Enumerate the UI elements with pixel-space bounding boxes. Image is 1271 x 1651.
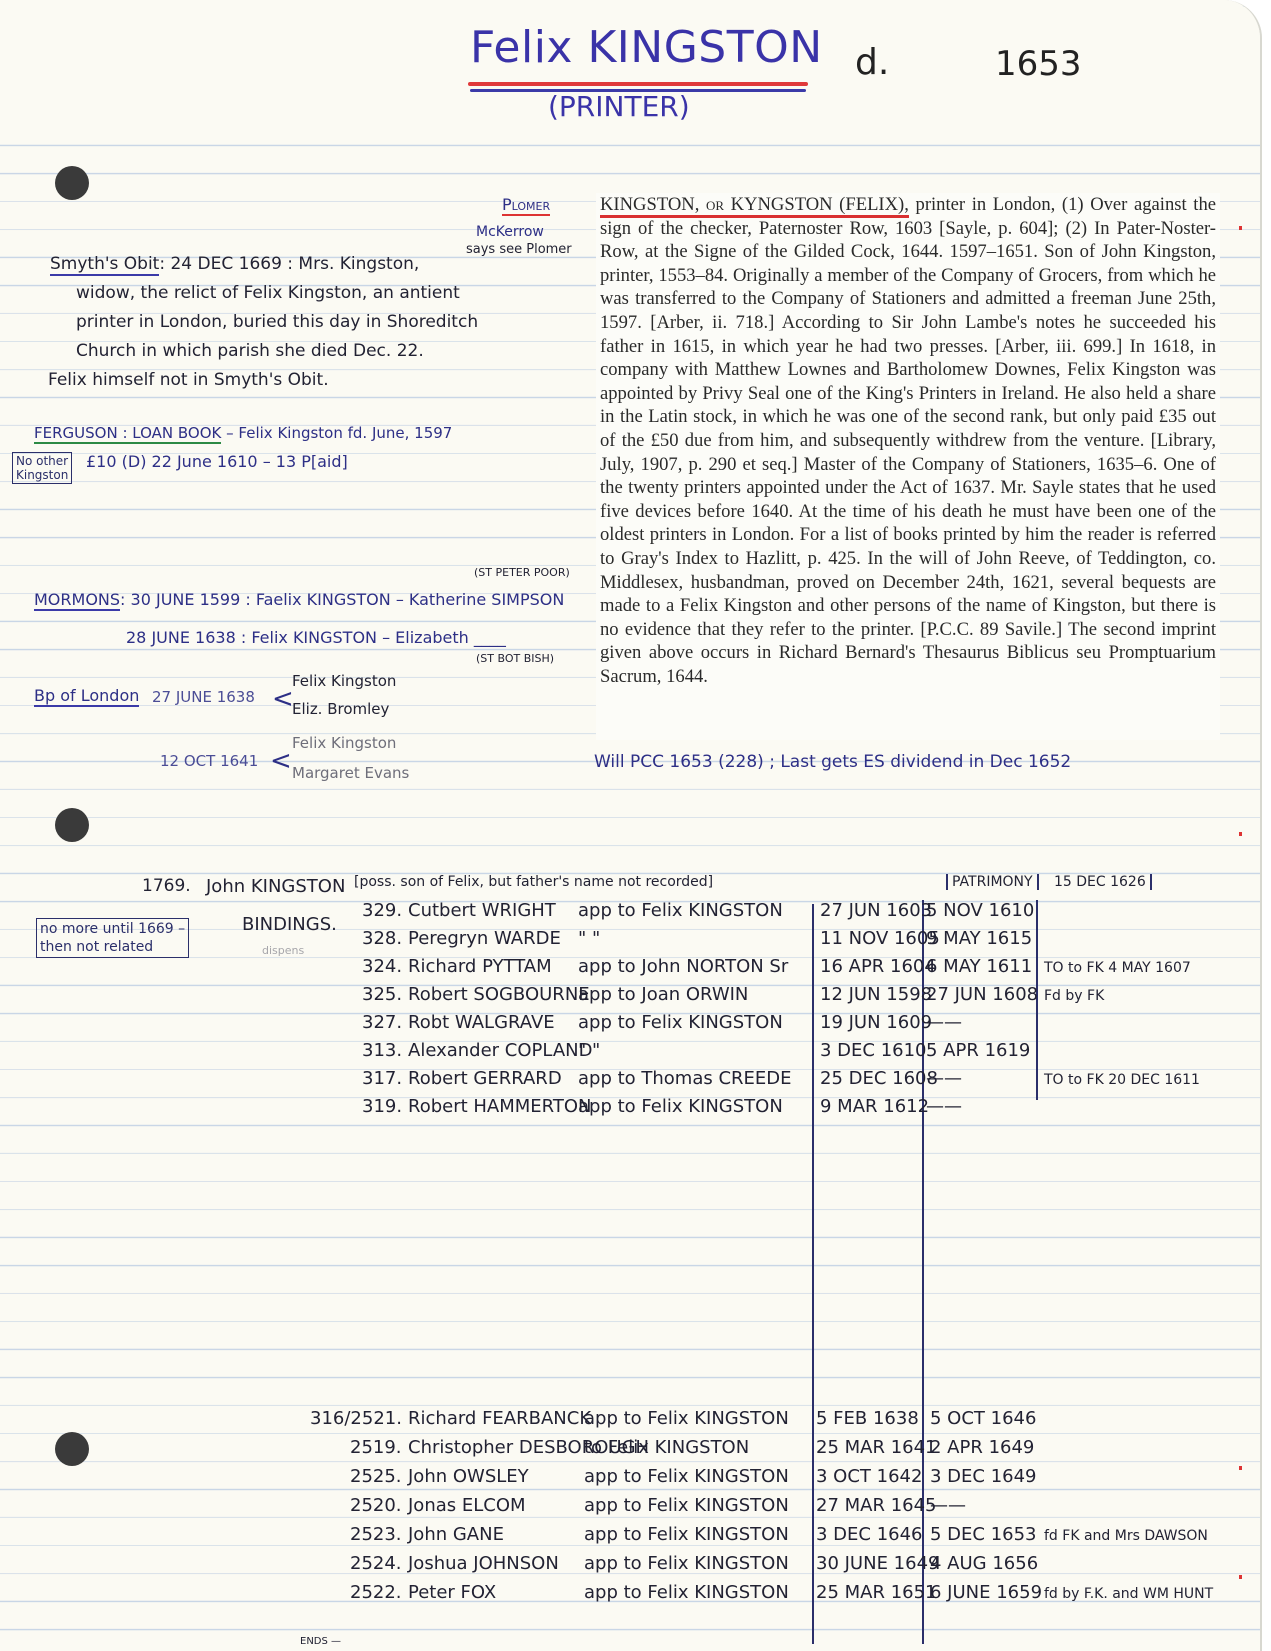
marriage-name: Felix Kingston <box>292 734 396 752</box>
bound-date: 25 MAR 1641 <box>816 1437 937 1458</box>
box-line: No other <box>16 454 68 468</box>
bound-date: 25 MAR 1651 <box>816 1582 937 1603</box>
master-name: app to Felix KINGSTON <box>578 1012 783 1033</box>
binding-num: 2522. <box>350 1582 402 1603</box>
loan-entry: £10 (D) 22 June 1610 – 13 P[aid] <box>86 452 348 471</box>
ferguson-label: FERGUSON : LOAN BOOK <box>34 424 221 444</box>
apprentice-name: Peregryn WARDE <box>408 928 561 949</box>
freed-date: 27 JUN 1608 <box>926 984 1038 1005</box>
occupation-label: (PRINTER) <box>548 90 690 123</box>
binding-num: 325. <box>362 984 402 1005</box>
page-title: Felix KINGSTON <box>470 22 823 73</box>
apprentice-name: Alexander COPLAND <box>408 1040 592 1061</box>
binding-num: 319. <box>362 1096 402 1117</box>
marriage-date: 12 OCT 1641 <box>160 752 258 770</box>
apprentice-name: Cutbert WRIGHT <box>408 900 556 921</box>
bracket-glyph: < <box>272 684 294 714</box>
freedom-date: 15 DEC 1626 <box>1054 874 1152 890</box>
father-num: 1769. <box>142 876 191 896</box>
death-prefix: d. <box>855 42 889 83</box>
title-underline-red <box>468 82 808 86</box>
bp-london-entry: Bp of London <box>34 686 139 705</box>
smyth-obit-footnote: Felix himself not in Smyth's Obit. <box>48 370 329 390</box>
will-note: Will PCC 1653 (228) ; Last gets ES divid… <box>594 752 1071 772</box>
master-name: app to Thomas CREEDE <box>578 1068 792 1089</box>
margin-tick <box>1239 226 1242 230</box>
master-name: app to Felix KINGSTON <box>584 1582 789 1603</box>
bound-date: 16 APR 1604 <box>820 956 936 977</box>
freedom-type: PATRIMONY <box>946 874 1039 890</box>
clipping-entry-name: KINGSTON, or KYNGSTON (FELIX), <box>600 194 909 218</box>
bindings-sub: dispens <box>262 944 304 957</box>
binding-num: 2524. <box>350 1553 402 1574</box>
binding-num: 328. <box>362 928 402 949</box>
smyth-obit-line: printer in London, buried this day in Sh… <box>76 312 478 332</box>
apprentice-name: John OWSLEY <box>408 1466 529 1487</box>
binding-num: 2525. <box>350 1466 402 1487</box>
binding-num: 2523. <box>350 1524 402 1545</box>
binding-num: 2520. <box>350 1495 402 1516</box>
margin-tick <box>1239 1466 1242 1470</box>
freed-date: 4 AUG 1656 <box>930 1553 1038 1574</box>
freed-date: —— <box>926 1012 962 1033</box>
apprentice-name: Peter FOX <box>408 1582 496 1603</box>
punch-hole <box>55 1432 89 1466</box>
binding-num: 316/2521. <box>310 1408 402 1429</box>
apprentice-name: Robert SOGBOURNE <box>408 984 590 1005</box>
freed-date: 6 JUNE 1659 <box>930 1582 1042 1603</box>
punch-hole <box>55 166 89 200</box>
parish-st-bot-bish: (ST BOT BISH) <box>476 652 554 665</box>
marriage-name: Margaret Evans <box>292 764 409 782</box>
apprentice-name: Robert GERRARD <box>408 1068 562 1089</box>
master-name: " " <box>578 1040 600 1061</box>
apprentice-name: Joshua JOHNSON <box>408 1553 559 1574</box>
plomer-label: Plomer <box>502 195 550 216</box>
master-name: app to Felix KINGSTON <box>578 1096 783 1117</box>
freed-date: —— <box>926 1096 962 1117</box>
no-more-until-box: no more until 1669 – then not related <box>36 918 189 958</box>
apprentice-name: Richard PYTTAM <box>408 956 552 977</box>
binding-num: 327. <box>362 1012 402 1033</box>
marriage-name: Eliz. Bromley <box>292 700 389 718</box>
smyth-obit-line: : 24 DEC 1669 : Mrs. Kingston, <box>159 254 419 274</box>
bound-date: 11 NOV 1605 <box>820 928 940 949</box>
box-line: Kingston <box>16 468 68 482</box>
plomer-clipping: KINGSTON, or KYNGSTON (FELIX), printer i… <box>596 193 1220 740</box>
father-name: John KINGSTON <box>206 876 345 897</box>
master-name: app to John NORTON Sr <box>578 956 788 977</box>
row-note: TO to FK 4 MAY 1607 <box>1044 960 1191 976</box>
smyth-obit-line: Church in which parish she died Dec. 22. <box>76 341 424 361</box>
master-name: app to Felix KINGSTON <box>578 900 783 921</box>
apprentice-name: Jonas ELCOM <box>408 1495 526 1516</box>
freed-date: 9 MAY 1615 <box>926 928 1032 949</box>
index-card: Felix KINGSTON (PRINTER) d. 1653 McKerro… <box>0 0 1262 1651</box>
bound-date: 3 DEC 1610 <box>820 1040 927 1061</box>
mckerrow-note: says see Plomer <box>466 242 572 257</box>
freed-date: 2 APR 1649 <box>930 1437 1034 1458</box>
bound-date: 19 JUN 1609 <box>820 1012 932 1033</box>
master-name: app to Felix KINGSTON <box>584 1466 789 1487</box>
freed-date: 5 NOV 1610 <box>926 900 1034 921</box>
ferguson-text: – Felix Kingston fd. June, 1597 <box>226 424 452 442</box>
master-name: app to Felix KINGSTON <box>584 1495 789 1516</box>
ferguson-note: FERGUSON : LOAN BOOK – Felix Kingston fd… <box>34 424 452 442</box>
freed-date: —— <box>930 1495 966 1516</box>
freed-date: 5 APR 1619 <box>926 1040 1030 1061</box>
mormons-label: MORMONS <box>34 590 120 611</box>
bound-date: 27 JUN 1603 <box>820 900 932 921</box>
bound-date: 12 JUN 1598 <box>820 984 932 1005</box>
bracket-glyph: < <box>270 746 292 776</box>
box-line: no more until 1669 – <box>40 920 185 938</box>
parish-st-peter-poor: (ST PETER POOR) <box>474 566 570 579</box>
bound-date: 25 DEC 1608 <box>820 1068 938 1089</box>
marriage-name: Felix Kingston <box>292 672 396 690</box>
master-name: app to Felix KINGSTON <box>584 1524 789 1545</box>
margin-tick <box>1239 1575 1242 1579</box>
row-note: Fd by FK <box>1044 988 1104 1004</box>
box-line: then not related <box>40 938 185 956</box>
no-other-kingston-box: No other Kingston <box>12 452 72 484</box>
apprentice-name: Robert HAMMERTON <box>408 1096 592 1117</box>
master-name: app to Felix KINGSTON <box>584 1408 789 1429</box>
row-note: TO to FK 20 DEC 1611 <box>1044 1072 1200 1088</box>
apprentice-name: Robt WALGRAVE <box>408 1012 555 1033</box>
master-name: " " <box>578 928 600 949</box>
mormons-line: 28 JUNE 1638 : Felix KINGSTON – Elizabet… <box>126 628 506 647</box>
ends-label: ENDS — <box>300 1636 341 1647</box>
row-note: fd FK and Mrs DAWSON <box>1044 1528 1208 1544</box>
bound-date: 3 DEC 1646 <box>816 1524 923 1545</box>
bound-date: 3 OCT 1642 <box>816 1466 922 1487</box>
bound-date: 30 JUNE 1649 <box>816 1553 939 1574</box>
freed-date: 3 DEC 1649 <box>930 1466 1037 1487</box>
bindings-label: BINDINGS. <box>242 914 337 935</box>
row-note: fd by F.K. and WM HUNT <box>1044 1586 1213 1602</box>
master-name: to Felix KINGSTON <box>584 1437 749 1458</box>
apprentice-name: John GANE <box>408 1524 504 1545</box>
column-divider <box>812 904 814 1644</box>
mormons-entry: MORMONS: 30 JUNE 1599 : Faelix KINGSTON … <box>34 590 564 609</box>
bound-date: 5 FEB 1638 <box>816 1408 919 1429</box>
marriage-date: 27 JUNE 1638 <box>152 688 255 706</box>
bound-date: 27 MAR 1645 <box>816 1495 937 1516</box>
margin-tick <box>1239 832 1242 836</box>
father-note: [poss. son of Felix, but father's name n… <box>354 874 713 890</box>
freed-date: 6 MAY 1611 <box>926 956 1032 977</box>
master-name: app to Joan ORWIN <box>578 984 748 1005</box>
smyth-obit-line: widow, the relict of Felix Kingston, an … <box>76 283 460 303</box>
mckerrow-label: McKerrow <box>476 224 544 240</box>
smyth-obit-note: Smyth's Obit: 24 DEC 1669 : Mrs. Kingsto… <box>50 254 419 274</box>
bp-london-label: Bp of London <box>34 686 139 707</box>
binding-num: 313. <box>362 1040 402 1061</box>
master-name: app to Felix KINGSTON <box>584 1553 789 1574</box>
freed-date: 5 OCT 1646 <box>930 1408 1036 1429</box>
apprentice-name: Richard FEARBANCK <box>408 1408 591 1429</box>
punch-hole <box>55 808 89 842</box>
death-year: 1653 <box>995 44 1082 84</box>
freed-date: 5 DEC 1653 <box>930 1524 1037 1545</box>
binding-num: 317. <box>362 1068 402 1089</box>
smyth-obit-label: Smyth's Obit <box>50 254 159 276</box>
clipping-entry-text: printer in London, (1) Over against the … <box>600 194 1216 687</box>
binding-num: 2519. <box>350 1437 402 1458</box>
binding-num: 329. <box>362 900 402 921</box>
freed-date: —— <box>926 1068 962 1089</box>
binding-num: 324. <box>362 956 402 977</box>
mormons-line: : 30 JUNE 1599 : Faelix KINGSTON – Kathe… <box>120 590 564 609</box>
bound-date: 9 MAR 1612 <box>820 1096 929 1117</box>
